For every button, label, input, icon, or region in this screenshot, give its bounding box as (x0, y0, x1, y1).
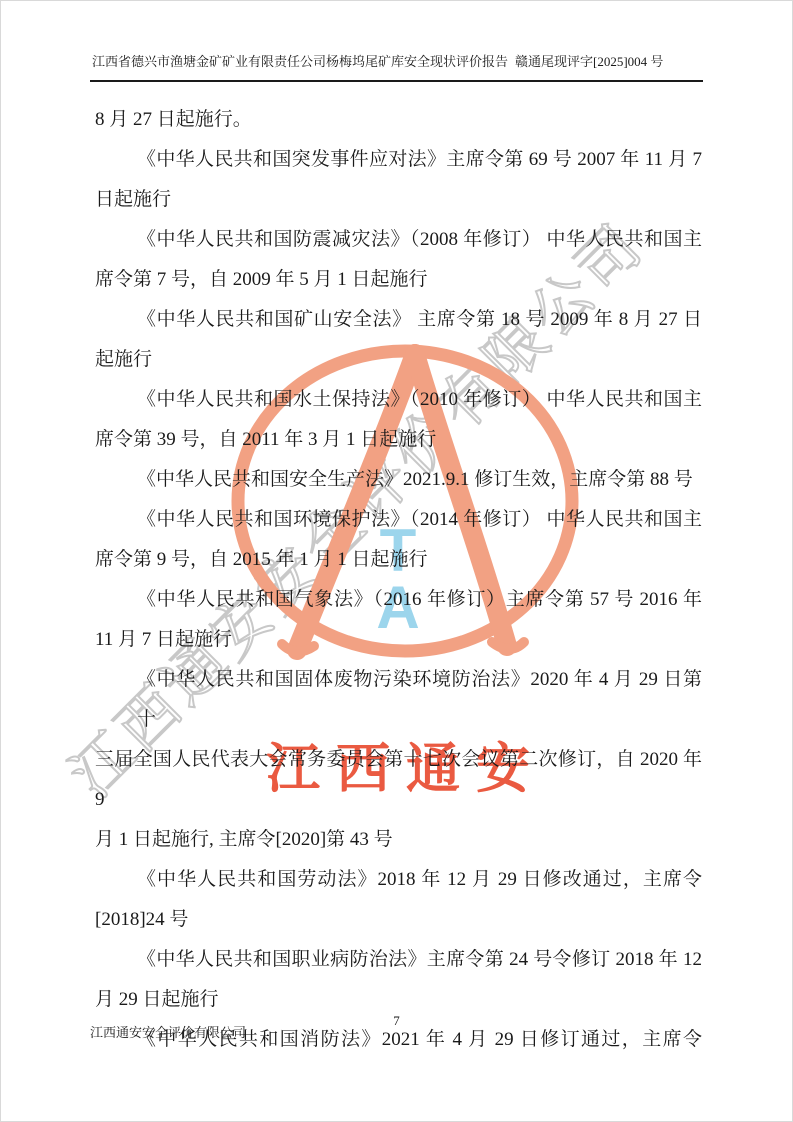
body-line: 《中华人民共和国职业病防治法》主席令第 24 号令修订 2018 年 12 (95, 940, 702, 980)
document-number: 赣通尾现评字[2025]004 号 (515, 52, 663, 72)
body-line: 《中华人民共和国劳动法》2018 年 12 月 29 日修改通过，主席令 (95, 860, 702, 900)
body-line: 8 月 27 日起施行。 (95, 100, 702, 140)
body-text: 8 月 27 日起施行。《中华人民共和国突发事件应对法》主席令第 69 号 20… (95, 100, 702, 1060)
body-line: 《中华人民共和国水土保持法》（2010 年修订） 中华人民共和国主 (95, 380, 702, 420)
body-line: 席令第 39 号，自 2011 年 3 月 1 日起施行 (95, 420, 702, 460)
page-header: 江西省德兴市渔塘金矿矿业有限责任公司杨梅坞尾矿库安全现状评价报告 赣通尾现评字[… (0, 52, 793, 74)
body-line: 三届全国人民代表大会常务委员会第十七次会议第二次修订，自 2020 年 9 (95, 740, 702, 820)
body-line: 席令第 9 号，自 2015 年 1 月 1 日起施行 (95, 540, 702, 580)
body-line: 《中华人民共和国突发事件应对法》主席令第 69 号 2007 年 11 月 7 (95, 140, 702, 180)
body-line: 席令第 7 号，自 2009 年 5 月 1 日起施行 (95, 260, 702, 300)
page-number: 7 (0, 1013, 793, 1029)
body-line: 《中华人民共和国固体废物污染环境防治法》2020 年 4 月 29 日第十 (95, 660, 702, 740)
body-line: 《中华人民共和国气象法》（2016 年修订）主席令第 57 号 2016 年 (95, 580, 702, 620)
body-line: 《中华人民共和国环境保护法》（2014 年修订） 中华人民共和国主 (95, 500, 702, 540)
body-line: [2018]24 号 (95, 900, 702, 940)
body-line: 《中华人民共和国防震减灾法》（2008 年修订） 中华人民共和国主 (95, 220, 702, 260)
report-title: 江西省德兴市渔塘金矿矿业有限责任公司杨梅坞尾矿库安全现状评价报告 (92, 52, 508, 72)
body-line: 起施行 (95, 340, 702, 380)
body-line: 月 1 日起施行, 主席令[2020]第 43 号 (95, 820, 702, 860)
body-line: 《中华人民共和国矿山安全法》 主席令第 18 号 2009 年 8 月 27 日 (95, 300, 702, 340)
body-line: 日起施行 (95, 180, 702, 220)
body-line: 11 月 7 日起施行 (95, 620, 702, 660)
header-divider (90, 80, 703, 82)
document-page: 江西通安安全评价有限公司 T A 江西通安 江西省德兴市渔塘金矿矿业有限责任公司… (0, 0, 793, 1122)
body-line: 《中华人民共和国安全生产法》2021.9.1 修订生效，主席令第 88 号 (95, 460, 702, 500)
